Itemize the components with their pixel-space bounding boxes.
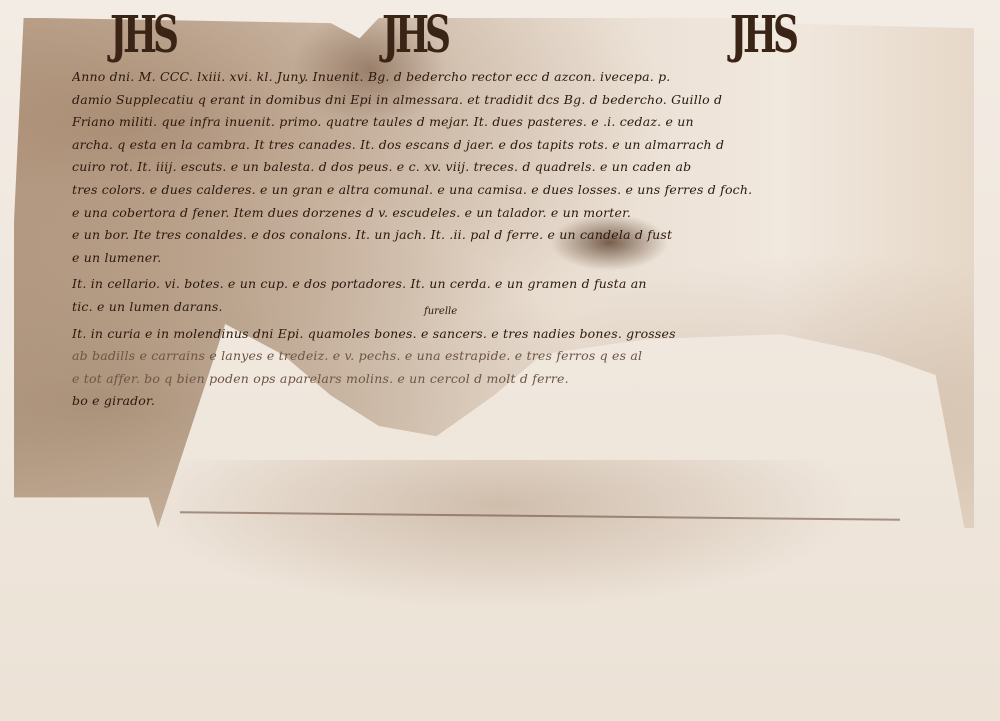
text-line: e tot affer. bo q bien poden ops aparela…: [72, 368, 972, 391]
manuscript-text: Anno dni. M. CCC. lxiii. xvi. kl. Juny. …: [72, 66, 972, 413]
text-line: e un bor. Ite tres conaldes. e dos conal…: [72, 224, 972, 247]
interlinear-note: furelle: [424, 306, 457, 317]
text-line: tres colors. e dues calderes. e un gran …: [72, 179, 972, 202]
text-line: It. in cellario. vi. botes. e un cup. e …: [72, 273, 972, 296]
monogram-right: JHS: [730, 6, 795, 65]
text-line: tic. e un lumen darans.: [72, 296, 972, 319]
text-line: It. in curia e in molendinus dni Epi. qu…: [72, 323, 972, 346]
text-line: e un lumener.: [72, 247, 972, 270]
text-line: cuiro rot. It. iiij. escuts. e un balest…: [72, 156, 972, 179]
text-line: damio Supplecatiu q erant in domibus dni…: [72, 89, 972, 112]
text-line: Anno dni. M. CCC. lxiii. xvi. kl. Juny. …: [72, 66, 972, 89]
text-line: bo e girador.: [72, 390, 972, 413]
monogram-left: JHS: [110, 6, 175, 65]
water-stain: [140, 460, 860, 610]
text-line: e una cobertora d fener. Item dues dorze…: [72, 202, 972, 225]
monogram-center: JHS: [382, 6, 447, 65]
text-line: archa. q esta en la cambra. It tres cana…: [72, 134, 972, 157]
text-line: Friano militi. que infra inuenit. primo.…: [72, 111, 972, 134]
text-line: ab badills e carrains e lanyes e tredeiz…: [72, 345, 972, 368]
